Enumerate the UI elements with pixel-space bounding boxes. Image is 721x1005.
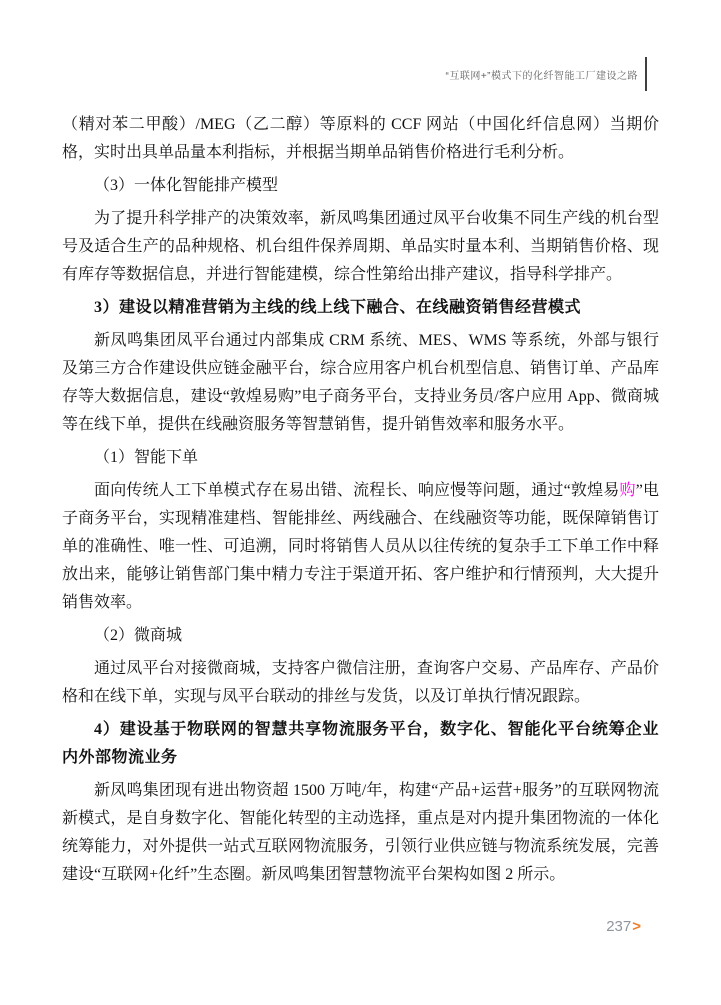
- document-page: “互联网+”模式下的化纤智能工厂建设之路 （精对苯二甲酸）/MEG（乙二醇）等原…: [0, 0, 721, 1005]
- paragraph-marketing-platform: 新凤鸣集团凤平台通过内部集成 CRM 系统、MES、WMS 等系统，外部与银行及…: [62, 327, 659, 439]
- page-footer: 237 >: [606, 918, 641, 935]
- paragraph-intro-continuation: （精对苯二甲酸）/MEG（乙二醇）等原料的 CCF 网站（中国化纤信息网）当期价…: [62, 111, 659, 167]
- running-header-title: “互联网+”模式下的化纤智能工厂建设之路: [446, 67, 639, 82]
- paragraph-logistics-platform: 新凤鸣集团现有进出物资超 1500 万吨/年，构建“产品+运营+服务”的互联网物…: [62, 777, 659, 889]
- page-number: 237: [606, 918, 631, 935]
- ordering-text-before: 面向传统人工下单模式存在易出错、流程长、响应慢等问题，通过“敦煌易: [94, 482, 619, 499]
- ordering-text-after: ”电子商务平台，实现精准建档、智能排丝、两线融合、在线融资等功能，既保障销售订单…: [62, 482, 659, 611]
- ordering-highlighted-char: 购: [619, 482, 635, 499]
- heading-4-logistics-platform: 4）建设基于物联网的智慧共享物流服务平台，数字化、智能化平台统筹企业内外部物流业…: [62, 716, 659, 772]
- paragraph-micro-mall: 通过凤平台对接微商城，支持客户微信注册，查询客户交易、产品库存、产品价格和在线下…: [62, 655, 659, 711]
- subheading-smart-ordering: （1）智能下单: [62, 444, 659, 472]
- subheading-micro-mall: （2）微商城: [62, 622, 659, 650]
- page-number-arrow-icon: >: [632, 918, 641, 935]
- heading-3-marketing-mode: 3）建设以精准营销为主线的线上线下融合、在线融资销售经营模式: [62, 294, 659, 322]
- subheading-scheduling-model: （3）一体化智能排产模型: [62, 172, 659, 200]
- paragraph-smart-ordering: 面向传统人工下单模式存在易出错、流程长、响应慢等问题，通过“敦煌易购”电子商务平…: [62, 477, 659, 617]
- running-header: “互联网+”模式下的化纤智能工厂建设之路: [446, 57, 648, 91]
- body-text-column: （精对苯二甲酸）/MEG（乙二醇）等原料的 CCF 网站（中国化纤信息网）当期价…: [62, 111, 659, 894]
- header-divider-bar: [645, 57, 647, 91]
- paragraph-scheduling-model: 为了提升科学排产的决策效率，新凤鸣集团通过凤平台收集不同生产线的机台型号及适合生…: [62, 205, 659, 289]
